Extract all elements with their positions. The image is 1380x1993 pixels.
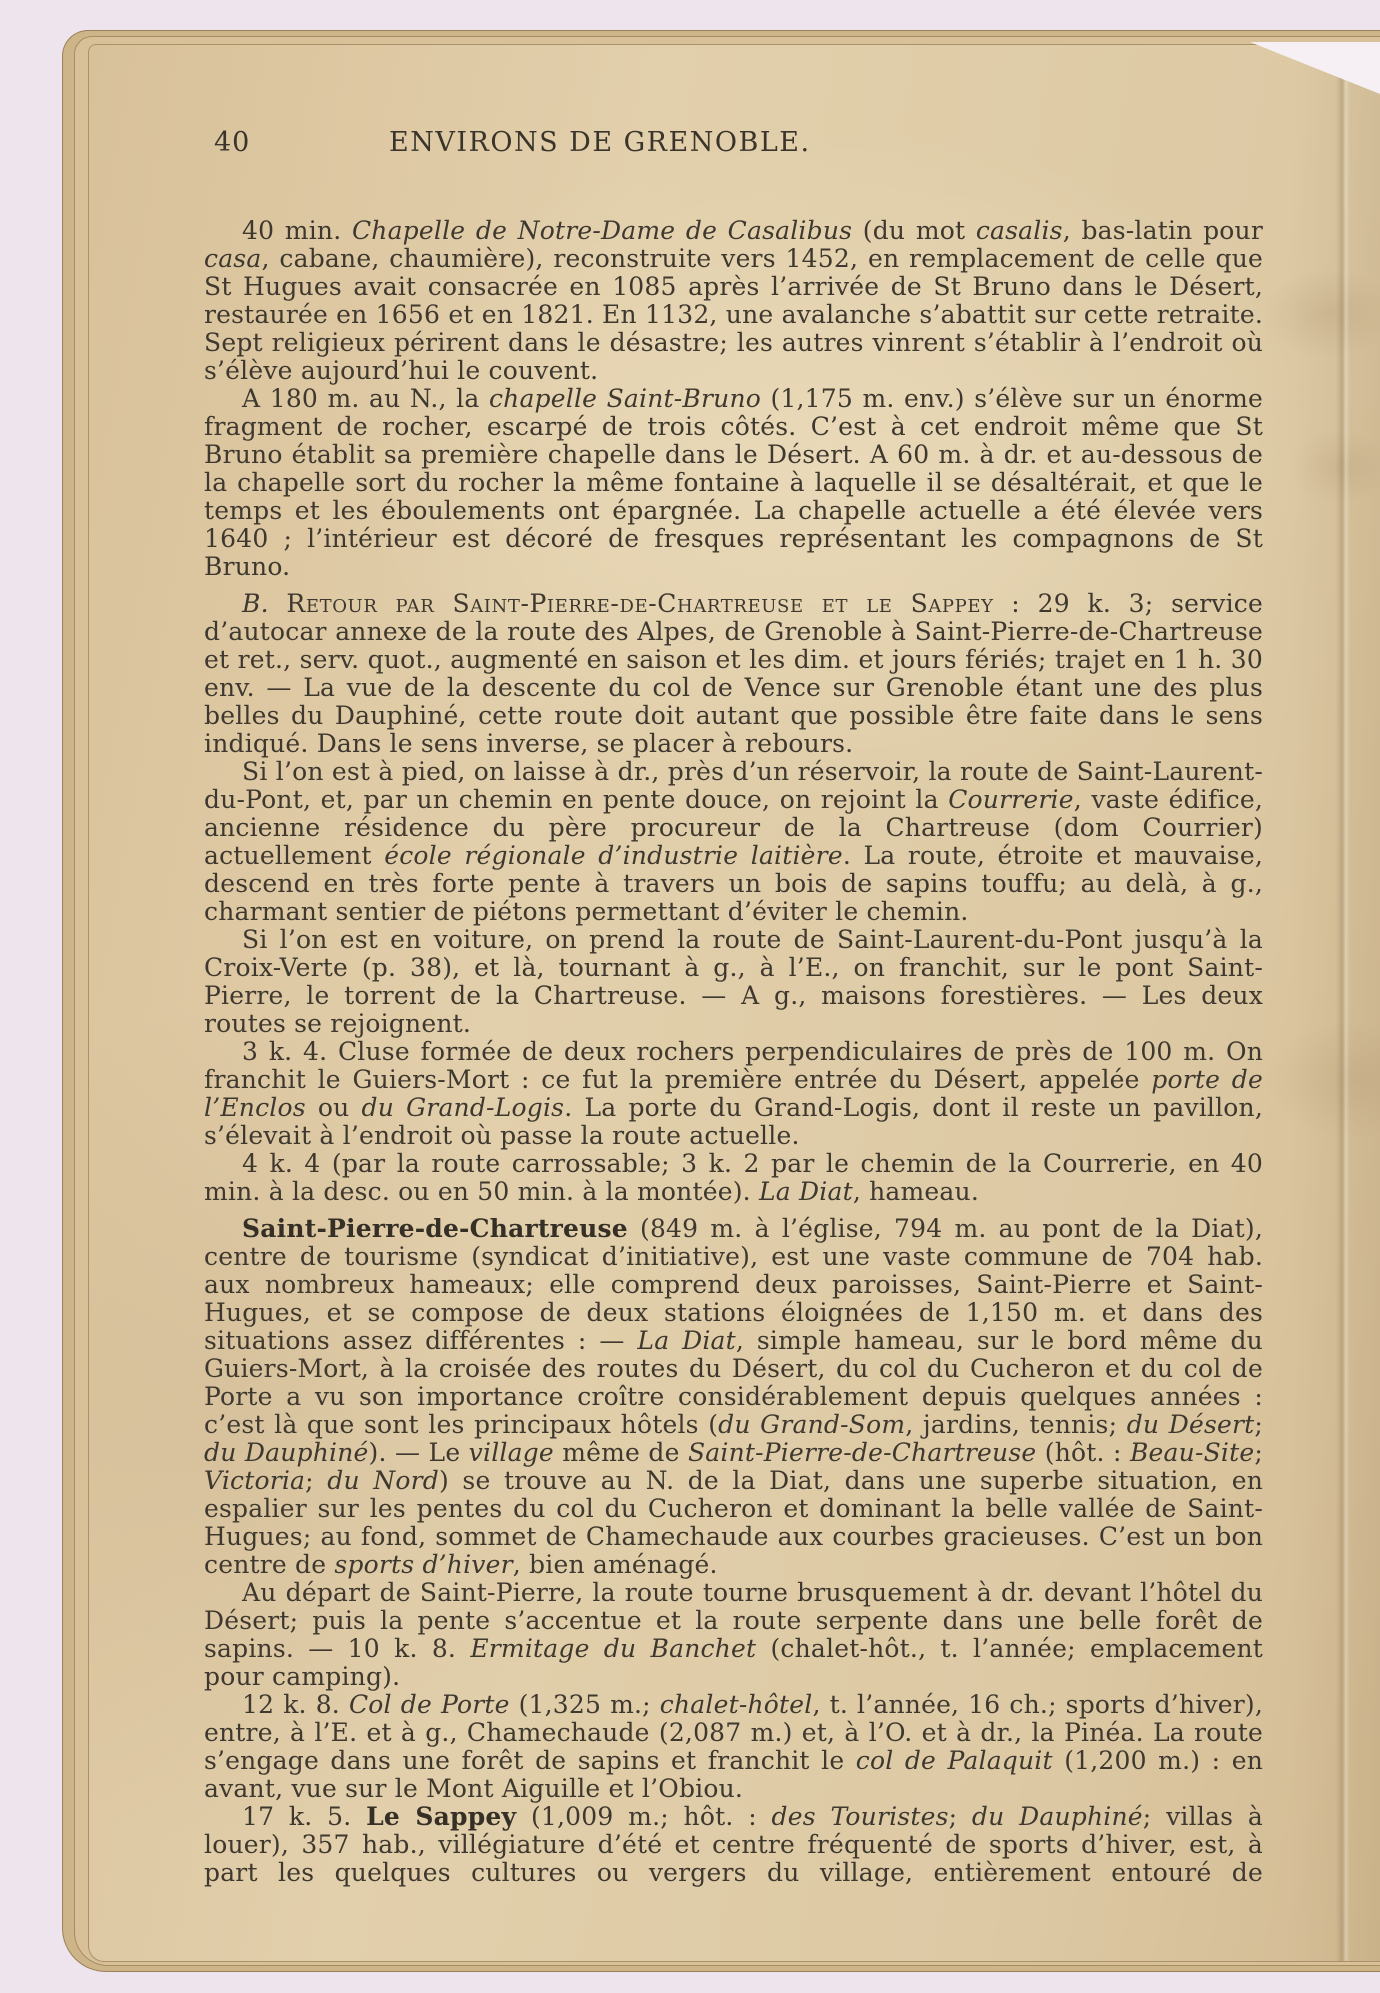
italic-text: B. [242,589,269,618]
paragraph: 40 min. Chapelle de Notre-Dame de Casali… [204,217,1263,385]
text-run: , cabane, chaumière), reconstruite vers … [204,244,1263,385]
scan-background: { "colors": { "background": "#ede4ee", "… [0,0,1380,1993]
text-run: 40 min. [242,216,352,245]
text-run: , bien aménagé. [513,1550,718,1579]
paragraph: 17 k. 5. Le Sappey (1,009 m.; hôt. : des… [204,1803,1263,1887]
text-run: 17 k. 5. [242,1802,366,1831]
italic-text: des Touristes [772,1802,949,1831]
italic-text: école régionale d’industrie laitière [384,841,843,870]
paragraph: 4 k. 4 (par la route carrossable; 3 k. 2… [204,1150,1263,1206]
text-run: , hameau. [853,1177,979,1206]
paragraph: Si l’on est en voiture, on prend la rout… [204,926,1263,1038]
paragraph: Si l’on est à pied, on laisse à dr., prè… [204,758,1263,926]
italic-text: du Désert [1127,1410,1255,1439]
italic-text: Courrerie [948,785,1074,814]
italic-text: sports d’hiver [334,1550,512,1579]
paragraph: A 180 m. au N., la chapelle Saint-Bruno … [204,385,1263,581]
page-header: 40 ENVIRONS DE GRENOBLE. [204,127,1263,163]
italic-text: chapelle Saint-Bruno [489,384,761,413]
paragraph: B. Retour par Saint-Pierre-de-Chartreuse… [204,590,1263,758]
italic-text: du Dauphiné [204,1438,369,1467]
text-run: 12 k. 8. [242,1690,349,1719]
text-run: , jardins, tennis; [905,1410,1126,1439]
text-run: ). — Le [369,1438,469,1467]
text-run: 4 k. 4 (par la route carrossable; 3 k. 2… [204,1149,1263,1206]
running-title: ENVIRONS DE GRENOBLE. [389,127,811,158]
binding-gutter-crease [1336,45,1350,1961]
binding-shade [1290,45,1380,1961]
text-run: ; [1254,1438,1263,1467]
text-run: ou [306,1093,362,1122]
paragraph: Au départ de Saint-Pierre, la route tour… [204,1579,1263,1691]
text-run: (du mot [852,216,976,245]
smallcaps-text: Retour par Saint-Pierre-de-Chartreuse et… [286,589,993,618]
paragraph: 12 k. 8. Col de Porte (1,325 m.; chalet-… [204,1691,1263,1803]
italic-text: Saint-Pierre-de-Chartreuse [688,1438,1036,1467]
italic-text: du Nord [327,1466,439,1495]
book-page: 40 ENVIRONS DE GRENOBLE. 40 min. Chapell… [88,44,1380,1962]
italic-text: col de Palaquit [856,1746,1053,1775]
italic-text: Chapelle de Notre-Dame de Casalibus [352,216,852,245]
italic-text: Col de Porte [349,1690,510,1719]
text-run: ; [305,1466,327,1495]
text-run: Si l’on est en voiture, on prend la rout… [204,925,1263,1038]
italic-text: Beau-Site [1130,1438,1254,1467]
text-run: (1,325 m.; [510,1690,660,1719]
text-run: (1,175 m. env.) s’élève sur un énorme fr… [204,384,1263,581]
italic-text: casa [204,244,261,273]
italic-text: casalis [976,216,1063,245]
text-run: même de [554,1438,688,1467]
italic-text: Victoria [204,1466,305,1495]
italic-text: village [469,1438,554,1467]
paragraph: 3 k. 4. Cluse formée de deux rochers per… [204,1038,1263,1150]
italic-text: du Dauphiné [972,1802,1143,1831]
italic-text: chalet-hôtel [660,1690,813,1719]
text-run: ; [1254,1410,1263,1439]
text-run: (hôt. : [1036,1438,1130,1467]
bold-text: Le Sappey [366,1802,516,1831]
italic-text: du Grand-Logis [362,1093,565,1122]
italic-text: Ermitage du Banchet [470,1634,756,1663]
text-run: ; [949,1802,972,1831]
body-text: 40 min. Chapelle de Notre-Dame de Casali… [204,217,1263,1887]
text-run: A 180 m. au N., la [242,384,489,413]
page-number: 40 [214,127,250,158]
text-run [269,589,287,618]
text-run: , bas-latin pour [1063,216,1263,245]
text-run: (1,009 m.; hôt. : [516,1802,771,1831]
text-run: 3 k. 4. Cluse formée de deux rochers per… [204,1037,1263,1094]
italic-text: du Grand-Som [718,1410,905,1439]
italic-text: La Diat [637,1326,736,1355]
page-text-area: 40 ENVIRONS DE GRENOBLE. 40 min. Chapell… [204,45,1263,1887]
paragraph: Saint-Pierre-de-Chartreuse (849 m. à l’é… [204,1215,1263,1579]
bold-text: Saint-Pierre-de-Chartreuse [242,1214,628,1243]
italic-text: La Diat [759,1177,853,1206]
